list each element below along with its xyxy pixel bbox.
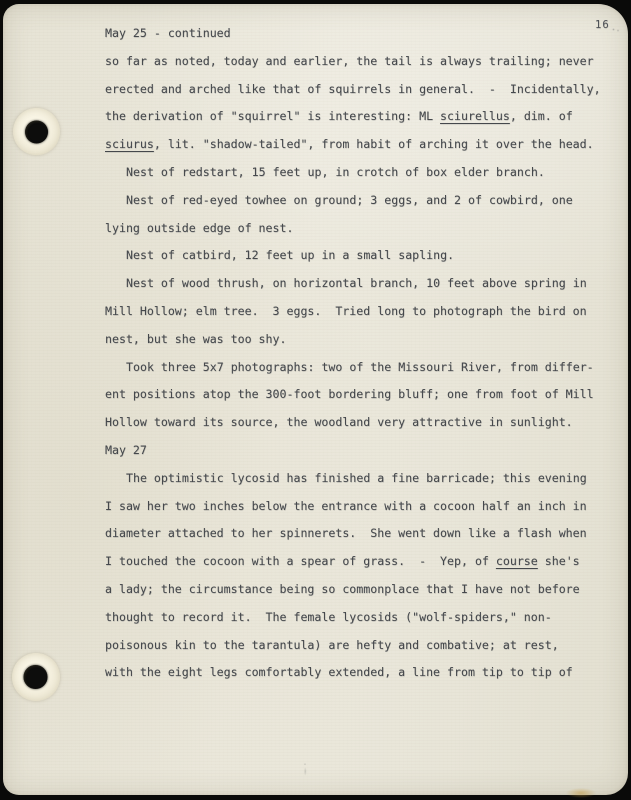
text-line: poisonous kin to the tarantula) are heft… [105,632,615,660]
text-segment: , lit. "shadow-tailed", from habit of ar… [154,137,594,151]
journal-page: 16 May 25 - continuedso far as noted, to… [3,4,628,795]
text-segment: I touched the cocoon with a spear of gra… [105,554,496,568]
text-segment: diameter attached to her spinnerets. She… [105,526,587,540]
underlined-term: sciurus [105,137,154,151]
punch-hole-icon [25,120,48,143]
text-segment: nest, but she was too shy. [105,332,286,346]
text-line: the derivation of "squirrel" is interest… [105,103,615,131]
text-segment: ent positions atop the 300-foot borderin… [105,387,594,401]
hole-punch-top [13,108,60,155]
text-segment: thought to record it. The female lycosid… [105,610,552,624]
text-segment: the derivation of "squirrel" is interest… [105,109,440,123]
text-segment: a lady; the circumstance being so common… [105,582,580,596]
text-line: Mill Hollow; elm tree. 3 eggs. Tried lon… [105,298,615,326]
text-segment: Nest of redstart, 15 feet up, in crotch … [126,165,545,179]
text-segment: lying outside edge of nest. [105,221,293,235]
text-segment: Nest of red-eyed towhee on ground; 3 egg… [126,193,573,207]
text-line: I saw her two inches below the entrance … [105,493,615,521]
text-line: lying outside edge of nest. [105,215,615,243]
text-segment: Took three 5x7 photographs: two of the M… [126,360,594,374]
text-line: erected and arched like that of squirrel… [105,76,615,104]
paper-stain [566,788,596,798]
text-segment: she's [538,554,580,568]
punch-hole-icon [24,665,48,689]
scanner-background: { "colors":{ "paper":"#e9e6da", "ink":"#… [0,0,631,800]
text-line: sciurus, lit. "shadow-tailed", from habi… [105,131,615,159]
text-line: nest, but she was too shy. [105,326,615,354]
text-segment: May 27 [105,443,147,457]
text-line: Nest of red-eyed towhee on ground; 3 egg… [105,187,615,215]
text-segment: Nest of catbird, 12 feet up in a small s… [126,248,454,262]
text-segment: I saw her two inches below the entrance … [105,499,587,513]
text-line: Hollow toward its source, the woodland v… [105,409,615,437]
hole-punch-bottom [12,653,60,701]
text-segment: erected and arched like that of squirrel… [105,82,601,96]
document-text: May 25 - continuedso far as noted, today… [105,20,615,687]
text-segment: , dim. of [510,109,573,123]
text-line: diameter attached to her spinnerets. She… [105,520,615,548]
text-line: The optimistic lycosid has finished a fi… [105,465,615,493]
text-segment: May 25 - continued [105,26,231,40]
text-line: May 27 [105,437,615,465]
text-segment: The optimistic lycosid has finished a fi… [126,471,587,485]
text-line: Nest of wood thrush, on horizontal branc… [105,270,615,298]
text-line: with the eight legs comfortably extended… [105,659,615,687]
underlined-term: sciurellus [440,109,510,123]
text-segment: Nest of wood thrush, on horizontal branc… [126,276,587,290]
underlined-term: course [496,554,538,568]
text-line: Nest of redstart, 15 feet up, in crotch … [105,159,615,187]
text-segment: Hollow toward its source, the woodland v… [105,415,573,429]
text-line: ent positions atop the 300-foot borderin… [105,381,615,409]
text-line: May 25 - continued [105,20,615,48]
paper-stain [298,761,312,777]
text-line: Took three 5x7 photographs: two of the M… [105,354,615,382]
text-line: so far as noted, today and earlier, the … [105,48,615,76]
text-segment: poisonous kin to the tarantula) are heft… [105,638,559,652]
text-line: thought to record it. The female lycosid… [105,604,615,632]
text-line: Nest of catbird, 12 feet up in a small s… [105,242,615,270]
text-segment: so far as noted, today and earlier, the … [105,54,594,68]
text-line: a lady; the circumstance being so common… [105,576,615,604]
text-segment: Mill Hollow; elm tree. 3 eggs. Tried lon… [105,304,587,318]
text-segment: with the eight legs comfortably extended… [105,665,573,679]
text-line: I touched the cocoon with a spear of gra… [105,548,615,576]
